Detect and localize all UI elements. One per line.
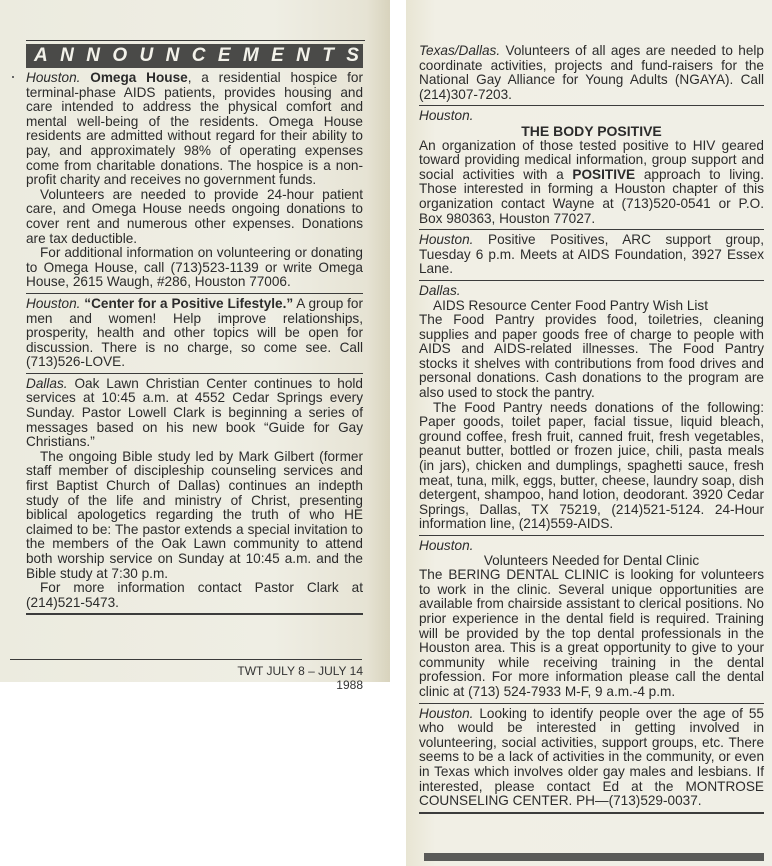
announcement-title: Omega House xyxy=(90,70,187,85)
banner-letter: E xyxy=(218,45,231,67)
page-footer: TWT JULY 8 – JULY 14 1988 xyxy=(210,664,363,692)
paragraph: The Food Pantry needs donations of the f… xyxy=(419,401,764,532)
announcement-text: Houston. Positive Positives, ARC support… xyxy=(419,233,764,277)
right-column: Texas/Dallas. Volunteers of all ages are… xyxy=(419,41,764,814)
announcements-banner: A N N O U N C E M E N T S xyxy=(26,44,363,68)
location-label: Houston. xyxy=(419,539,764,554)
announcement-body-positive: Houston. THE BODY POSITIVE An organizati… xyxy=(419,106,764,230)
announcement-text: Houston. Looking to identify people over… xyxy=(419,707,764,809)
paragraph: Looking to identify people over the age … xyxy=(419,706,764,809)
banner-letter: U xyxy=(139,45,153,67)
announcement-text: Dallas. Oak Lawn Christian Center contin… xyxy=(26,377,363,450)
announcement-omega-house: Houston. Omega House, a residential hosp… xyxy=(26,68,363,294)
announcement-positive-positives: Houston. Positive Positives, ARC support… xyxy=(419,230,764,281)
banner-letter: N xyxy=(296,45,310,67)
section-rule xyxy=(419,813,764,814)
banner-letter: M xyxy=(243,45,259,67)
bottom-banner-bar xyxy=(424,853,764,861)
left-column: A N N O U N C E M E N T S Houston. Omega… xyxy=(26,41,363,615)
paragraph: The Food Pantry provides food, toiletrie… xyxy=(419,313,764,401)
location-label: Dallas. xyxy=(419,284,764,299)
paragraph: The ongoing Bible study led by Mark Gilb… xyxy=(26,450,363,581)
paragraph: Oak Lawn Christian Center continues to h… xyxy=(26,376,363,449)
paragraph: The BERING DENTAL CLINIC is looking for … xyxy=(419,568,764,699)
banner-letter: N xyxy=(166,45,180,67)
announcement-heading: THE BODY POSITIVE xyxy=(419,124,764,139)
location-label: Dallas. xyxy=(26,376,68,391)
paragraph: For additional information on volunteeri… xyxy=(26,246,363,290)
footer-rule xyxy=(10,659,362,660)
banner-letter: C xyxy=(192,45,206,67)
margin-mark xyxy=(12,76,14,78)
announcement-positive-lifestyle: Houston. “Center for a Positive Lifestyl… xyxy=(26,294,363,374)
announcement-heading: AIDS Resource Center Food Pantry Wish Li… xyxy=(419,299,764,314)
announcement-text: Houston. “Center for a Positive Lifestyl… xyxy=(26,297,363,370)
announcement-text: Texas/Dallas. Volunteers of all ages are… xyxy=(419,44,764,102)
location-label: Houston. xyxy=(26,296,80,311)
banner-letter: S xyxy=(346,45,359,67)
banner-letter: E xyxy=(271,45,284,67)
banner-letter: O xyxy=(112,45,127,67)
announcement-food-pantry: Dallas. AIDS Resource Center Food Pantry… xyxy=(419,281,764,536)
announcement-over-55: Houston. Looking to identify people over… xyxy=(419,704,764,813)
location-label: Houston. xyxy=(26,70,80,85)
announcement-text: Houston. Omega House, a residential hosp… xyxy=(26,71,363,188)
location-label: Houston. xyxy=(419,109,764,124)
location-label: Houston. xyxy=(419,232,473,247)
announcement-heading: Volunteers Needed for Dental Clinic xyxy=(419,554,764,569)
emphasis-text: POSITIVE xyxy=(572,167,635,182)
section-rule xyxy=(26,614,363,615)
paragraph: Volunteers are needed to provide 24-hour… xyxy=(26,188,363,246)
announcement-oak-lawn: Dallas. Oak Lawn Christian Center contin… xyxy=(26,374,363,615)
announcement-ngaya: Texas/Dallas. Volunteers of all ages are… xyxy=(419,41,764,106)
banner-letter: N xyxy=(86,45,100,67)
location-label: Houston. xyxy=(419,706,473,721)
announcement-title: “Center for a Positive Lifestyle.” xyxy=(84,296,293,311)
location-label: Texas/Dallas. xyxy=(419,43,500,58)
paragraph: An organization of those tested positive… xyxy=(419,139,764,227)
banner-letter: A xyxy=(34,45,48,67)
banner-letter: N xyxy=(60,45,74,67)
paragraph: For more information contact Pastor Clar… xyxy=(26,581,363,610)
banner-letter: T xyxy=(322,45,334,67)
announcement-dental-clinic: Houston. Volunteers Needed for Dental Cl… xyxy=(419,536,764,704)
paragraph: , a residential hospice for terminal-pha… xyxy=(26,70,363,187)
